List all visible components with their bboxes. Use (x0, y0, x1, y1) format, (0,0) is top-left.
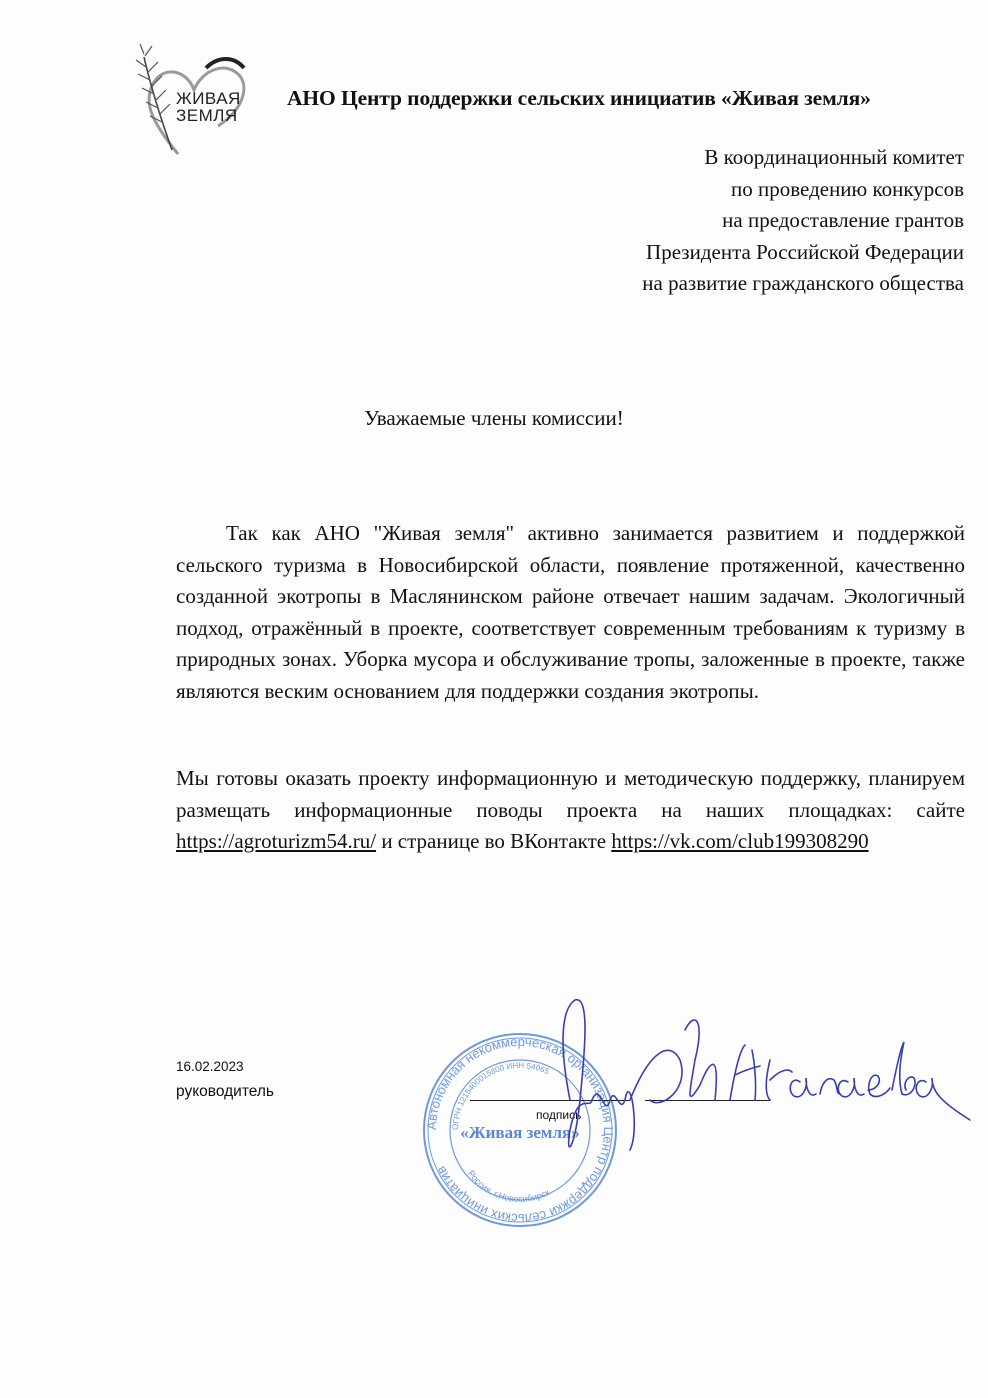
logo-text-line2: ЗЕМЛЯ (176, 107, 241, 124)
organization-logo: ЖИВАЯ ЗЕМЛЯ (122, 42, 262, 157)
agroturizm-site-link[interactable]: https://agroturizm54.ru/ (176, 829, 376, 853)
salutation: Уважаемые члены комиссии! (0, 406, 988, 431)
vk-page-link[interactable]: https://vk.com/club199308290 (611, 829, 868, 853)
signature-scribble-icon (530, 990, 980, 1190)
body-paragraph-1: Так как АНО "Живая земля" активно занима… (176, 518, 965, 708)
body-paragraph-2: Мы готовы оказать проекту информационную… (176, 763, 965, 858)
addressee-line: на развитие гражданского общества (642, 268, 964, 300)
addressee-line: В координационный комитет (642, 142, 964, 174)
addressee-line: по проведению конкурсов (642, 174, 964, 206)
organization-title: АНО Центр поддержки сельских инициатив «… (287, 86, 871, 111)
paragraph-1-text: Так как АНО "Живая земля" активно занима… (176, 521, 965, 703)
paragraph-2-middle: и странице во ВКонтакте (376, 829, 611, 853)
handwritten-signature (530, 990, 980, 1190)
addressee-line: Президента Российской Федерации (642, 237, 964, 269)
signer-position: руководитель (176, 1083, 274, 1101)
addressee-block: В координационный комитет по проведению … (642, 142, 964, 300)
logo-text-line1: ЖИВАЯ (176, 90, 241, 107)
paragraph-2-prefix: Мы готовы оказать проекту информационную… (176, 766, 965, 822)
logo-text: ЖИВАЯ ЗЕМЛЯ (176, 90, 241, 124)
addressee-line: на предоставление грантов (642, 205, 964, 237)
letter-date: 16.02.2023 (176, 1059, 244, 1074)
